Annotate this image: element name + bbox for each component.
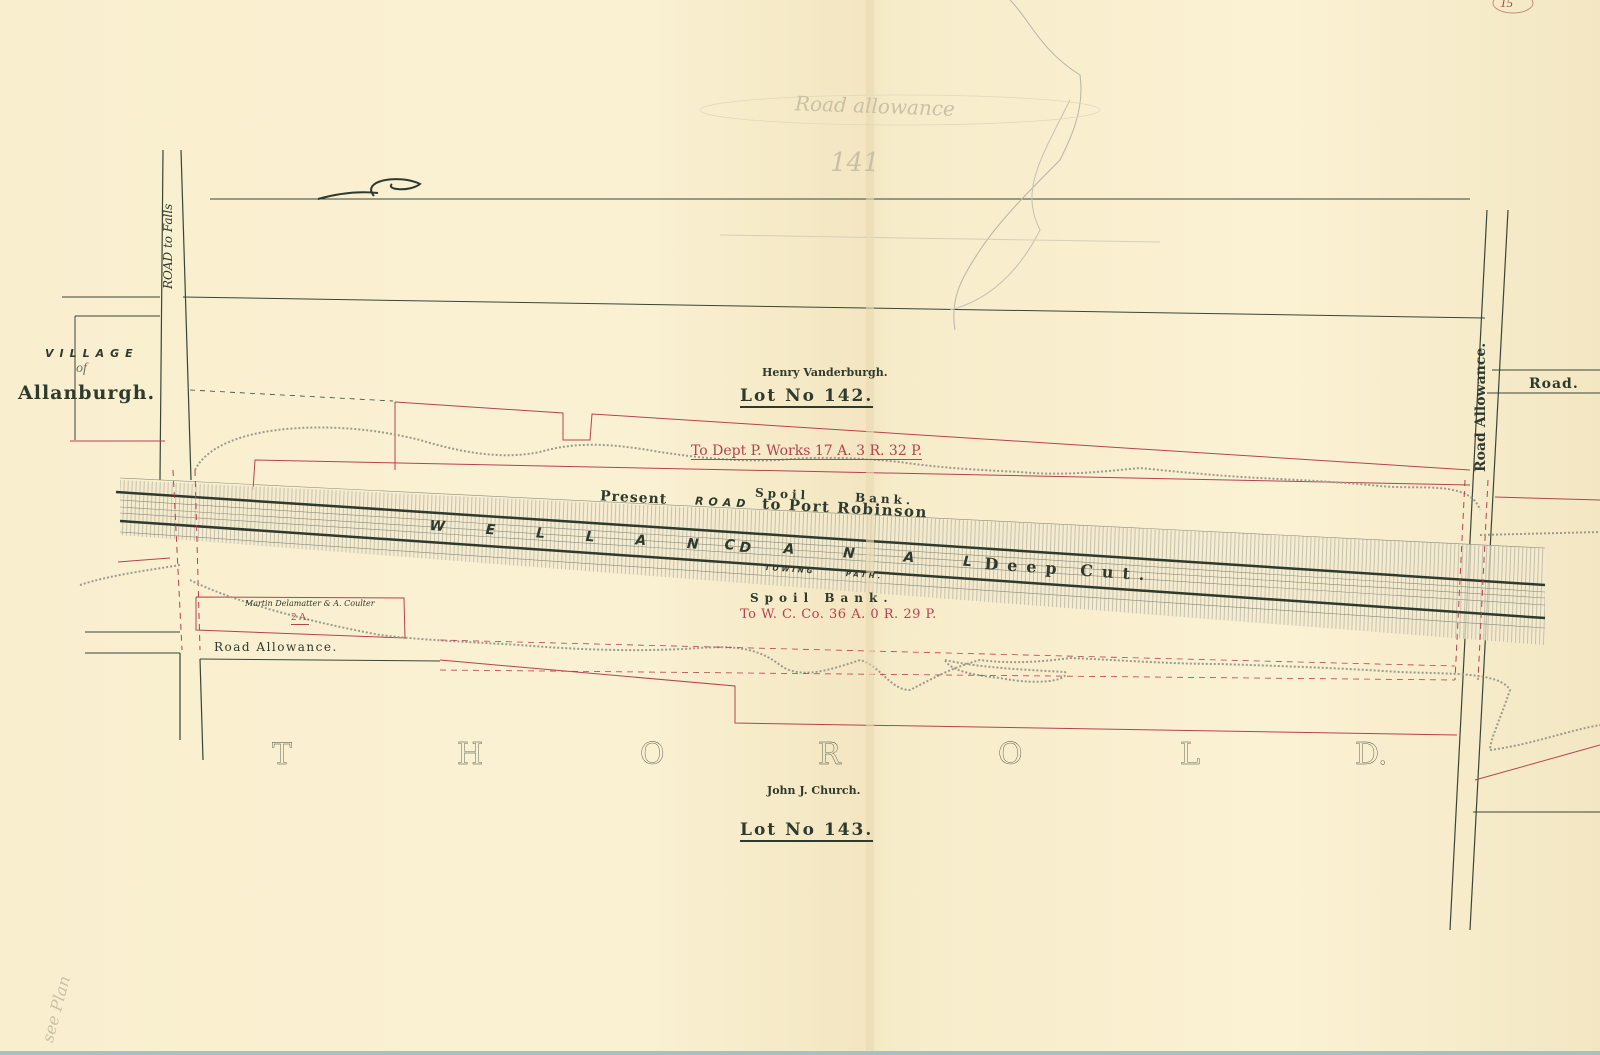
lot-142-transfer: To Dept P. Works 17 A. 3 R. 32 P. <box>691 444 922 460</box>
road-allowance-right-label: Road Allowance. <box>1474 343 1488 472</box>
road-to-falls-label: ROAD to Falls <box>162 204 174 289</box>
parcel-owner: Martin Delamatter & A. Coulter <box>245 600 375 608</box>
road-right-label: Road. <box>1529 377 1579 391</box>
pencil-lot-141: 141 <box>830 150 880 176</box>
lot-142-number: Lot No 142. <box>740 388 873 408</box>
parcel-area: 2 A. <box>291 612 309 625</box>
page-number-mark <box>1493 0 1533 13</box>
township-letter: H <box>457 740 483 770</box>
map-linework <box>0 0 1600 1055</box>
pencil-road-allowance: Road allowance <box>795 93 956 119</box>
lot-143-number: Lot No 143. <box>740 822 873 842</box>
lot-142-owner: Henry Vanderburgh. <box>762 367 888 378</box>
spoil-bank-south: Spoil Bank. <box>750 592 894 604</box>
page-number: 15 <box>1500 0 1513 9</box>
present-road-label: Present <box>600 489 668 507</box>
township-letter: O <box>640 740 665 770</box>
township-letter: O <box>998 740 1023 770</box>
township-letter: T <box>272 740 292 770</box>
road-allowance-bottom-label: Road Allowance. <box>214 641 338 653</box>
scan-edge <box>0 1051 1600 1055</box>
lot-143-transfer: To W. C. Co. 36 A. 0 R. 29 P. <box>740 608 937 621</box>
village-line1: VILLAGE <box>45 348 139 359</box>
road-label: ROAD <box>695 496 751 510</box>
township-letter: L <box>1180 740 1200 770</box>
township-letter: D. <box>1355 740 1388 770</box>
survey-map: 15 VILLAGE of Allanburgh. ROAD to Falls … <box>0 0 1600 1055</box>
village-line2: of <box>76 362 87 376</box>
township-letter: R <box>818 740 841 770</box>
lot-143-owner: John J. Church. <box>767 785 860 796</box>
village-name: Allanburgh. <box>18 384 155 403</box>
